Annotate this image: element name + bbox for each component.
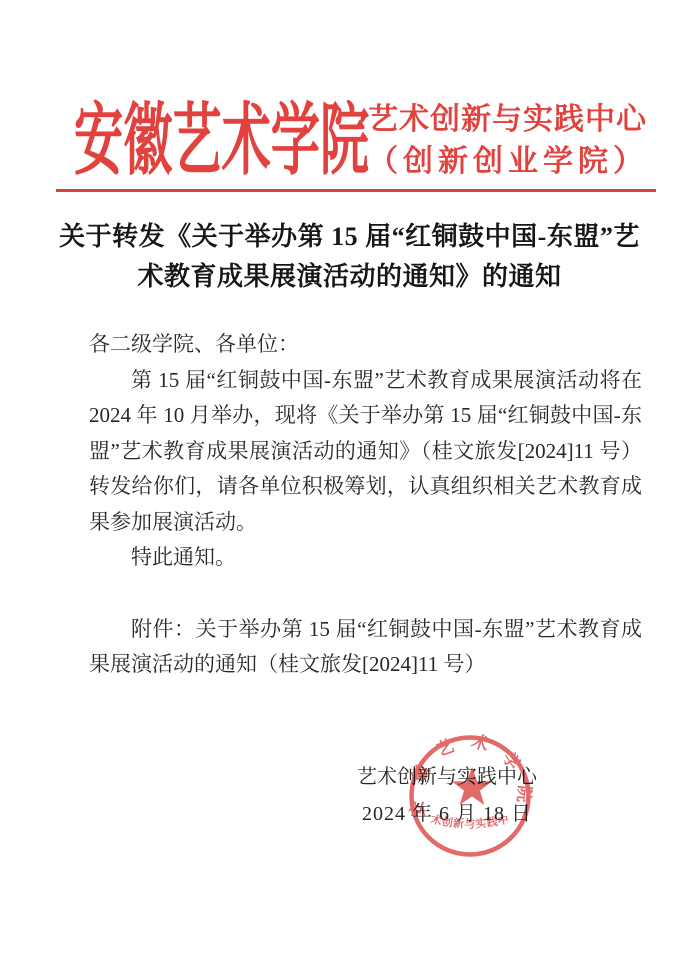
official-seal: 安徽艺术学院 艺术创新与实践中心 (406, 732, 534, 860)
department-name: 艺术创新与实践中心 (368, 104, 668, 136)
salutation: 各二级学院、各单位： (89, 327, 642, 363)
attachment-line: 附件：关于举办第 15 届“红铜鼓中国-东盟”艺术教育成果展演活动的通知（桂文旅… (89, 612, 642, 683)
body-paragraph: 第 15 届“红铜鼓中国-东盟”艺术教育成果展演活动将在 2024 年 10 月… (89, 363, 642, 541)
department-alias: （创新创业学院） (368, 146, 668, 178)
institution-name: 安徽艺术学院 (74, 100, 369, 181)
document-body: 各二级学院、各单位： 第 15 届“红铜鼓中国-东盟”艺术教育成果展演活动将在 … (89, 327, 642, 683)
header-divider (56, 189, 656, 192)
closing-phrase: 特此通知。 (89, 540, 642, 576)
star-icon (452, 767, 492, 805)
document-title-line1: 关于转发《关于举办第 15 届“红铜鼓中国-东盟”艺 (59, 222, 640, 251)
document-title: 关于转发《关于举办第 15 届“红铜鼓中国-东盟”艺 术教育成果展演活动的通知》… (40, 217, 659, 297)
document-title-line2: 术教育成果展演活动的通知》的通知 (137, 262, 561, 291)
document-page: 安徽艺术学院 艺术创新与实践中心 （创新创业学院） 关于转发《关于举办第 15 … (0, 0, 699, 962)
department-block: 艺术创新与实践中心 （创新创业学院） (368, 104, 668, 178)
